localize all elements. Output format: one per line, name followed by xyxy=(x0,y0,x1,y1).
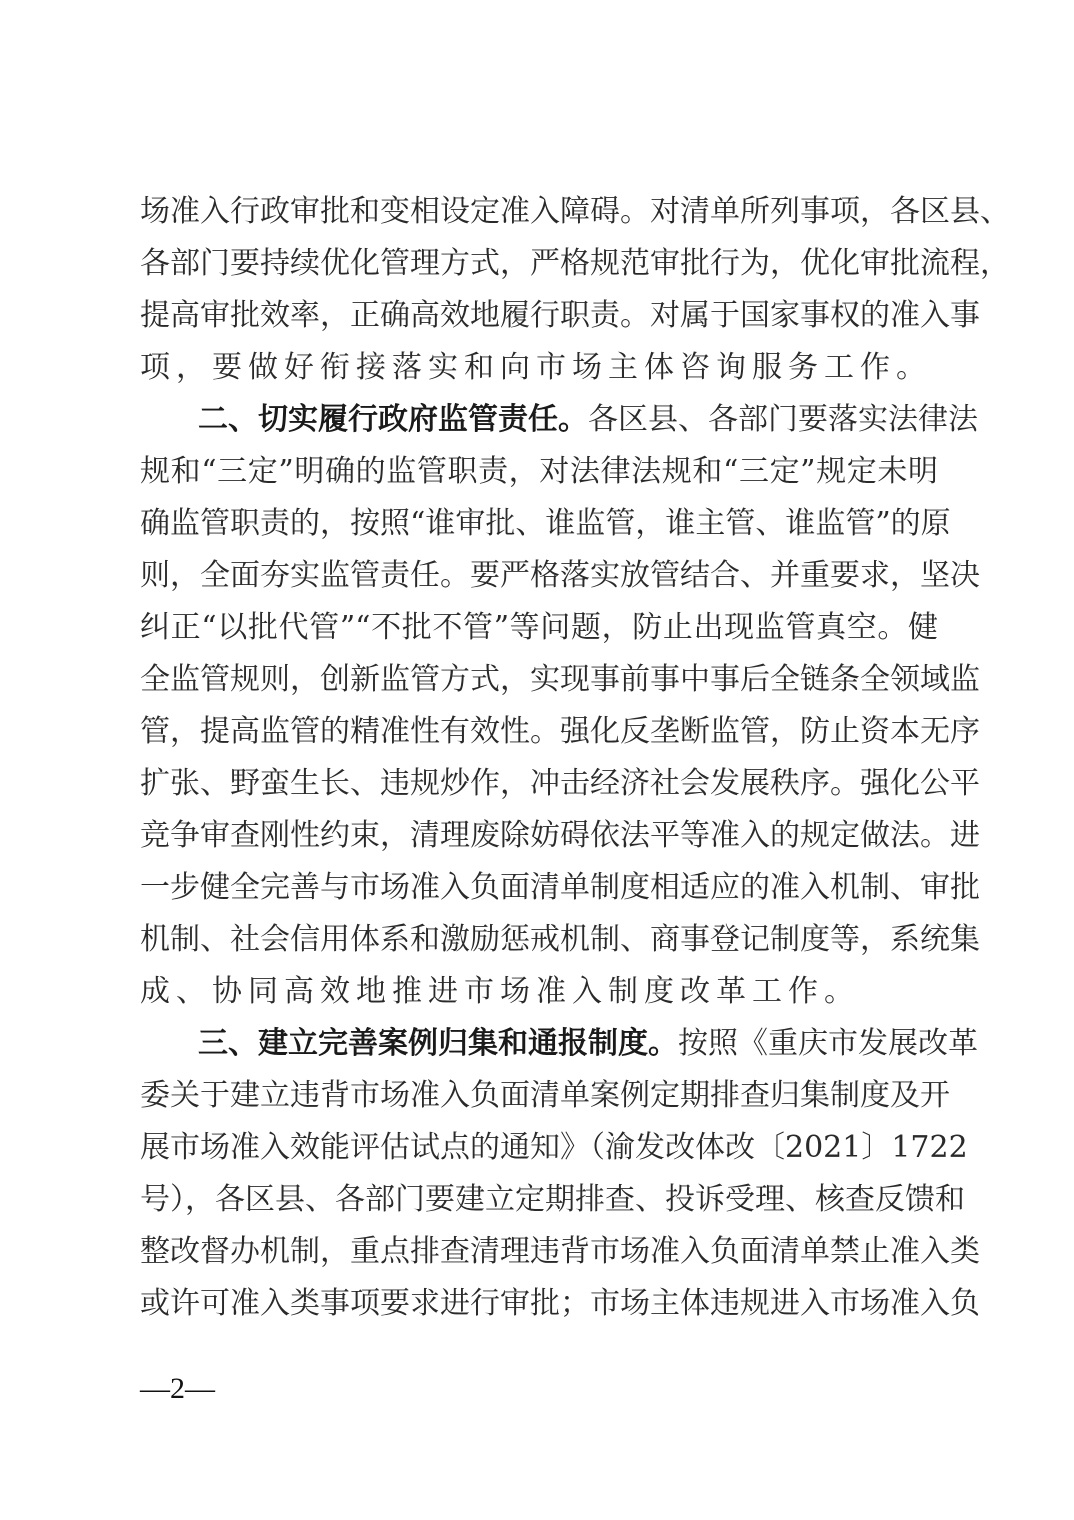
paragraph-3: 三、建立完善案例归集和通报制度。按照《重庆市发展改革 委关于建立违背市场准入负面… xyxy=(140,1018,938,1330)
text-line: 竞争审查刚性约束，清理废除妨碍依法平等准入的规定做法。进 xyxy=(140,810,938,862)
section-heading-3: 三、建立完善案例归集和通报制度。 xyxy=(198,1026,678,1061)
section-heading-2: 二、切实履行政府监管责任。 xyxy=(198,402,588,437)
text-line: 场准入行政审批和变相设定准入障碍。对清单所列事项，各区县、 xyxy=(140,186,938,238)
text-line: 整改督办机制，重点排查清理违背市场准入负面清单禁止准入类 xyxy=(140,1226,938,1278)
text-line: 全监管规则，创新监管方式，实现事前事中事后全链条全领域监 xyxy=(140,654,938,706)
text-run: 按照《重庆市发展改革 xyxy=(678,1026,978,1061)
text-line: 纠正“以批代管”“不批不管”等问题，防止出现监管真空。健 xyxy=(140,602,938,654)
text-line: 扩张、野蛮生长、违规炒作，冲击经济社会发展秩序。强化公平 xyxy=(140,758,938,810)
text-line: 号），各区县、各部门要建立定期排查、投诉受理、核查反馈和 xyxy=(140,1174,938,1226)
body-text: 场准入行政审批和变相设定准入障碍。对清单所列事项，各区县、 各部门要持续优化管理… xyxy=(140,186,938,1330)
text-line: 项，要做好衔接落实和向市场主体咨询服务工作。 xyxy=(140,342,938,394)
text-line: 管，提高监管的精准性有效性。强化反垄断监管，防止资本无序 xyxy=(140,706,938,758)
text-line: 规和“三定”明确的监管职责，对法律法规和“三定”规定未明 xyxy=(140,446,938,498)
page-number: —2— xyxy=(140,1372,215,1406)
text-line: 提高审批效率，正确高效地履行职责。对属于国家事权的准入事 xyxy=(140,290,938,342)
paragraph-2: 二、切实履行政府监管责任。各区县、各部门要落实法律法 规和“三定”明确的监管职责… xyxy=(140,394,938,1018)
text-line: 展市场准入效能评估试点的通知》（渝发改体改〔2021〕1722 xyxy=(140,1122,938,1174)
section-heading-line: 三、建立完善案例归集和通报制度。按照《重庆市发展改革 xyxy=(140,1018,938,1070)
text-line: 各部门要持续优化管理方式，严格规范审批行为，优化审批流程， xyxy=(140,238,938,290)
document-page: 场准入行政审批和变相设定准入障碍。对清单所列事项，各区县、 各部门要持续优化管理… xyxy=(0,0,1074,1520)
paragraph-1: 场准入行政审批和变相设定准入障碍。对清单所列事项，各区县、 各部门要持续优化管理… xyxy=(140,186,938,394)
text-line: 成、协同高效地推进市场准入制度改革工作。 xyxy=(140,966,938,1018)
text-run: 各区县、各部门要落实法律法 xyxy=(588,402,978,437)
section-heading-line: 二、切实履行政府监管责任。各区县、各部门要落实法律法 xyxy=(140,394,938,446)
text-line: 确监管职责的，按照“谁审批、谁监管，谁主管、谁监管”的原 xyxy=(140,498,938,550)
text-line: 则，全面夯实监管责任。要严格落实放管结合、并重要求，坚决 xyxy=(140,550,938,602)
text-line: 机制、社会信用体系和激励惩戒机制、商事登记制度等，系统集 xyxy=(140,914,938,966)
text-line: 委关于建立违背市场准入负面清单案例定期排查归集制度及开 xyxy=(140,1070,938,1122)
text-line: 一步健全完善与市场准入负面清单制度相适应的准入机制、审批 xyxy=(140,862,938,914)
text-line: 或许可准入类事项要求进行审批；市场主体违规进入市场准入负 xyxy=(140,1278,938,1330)
